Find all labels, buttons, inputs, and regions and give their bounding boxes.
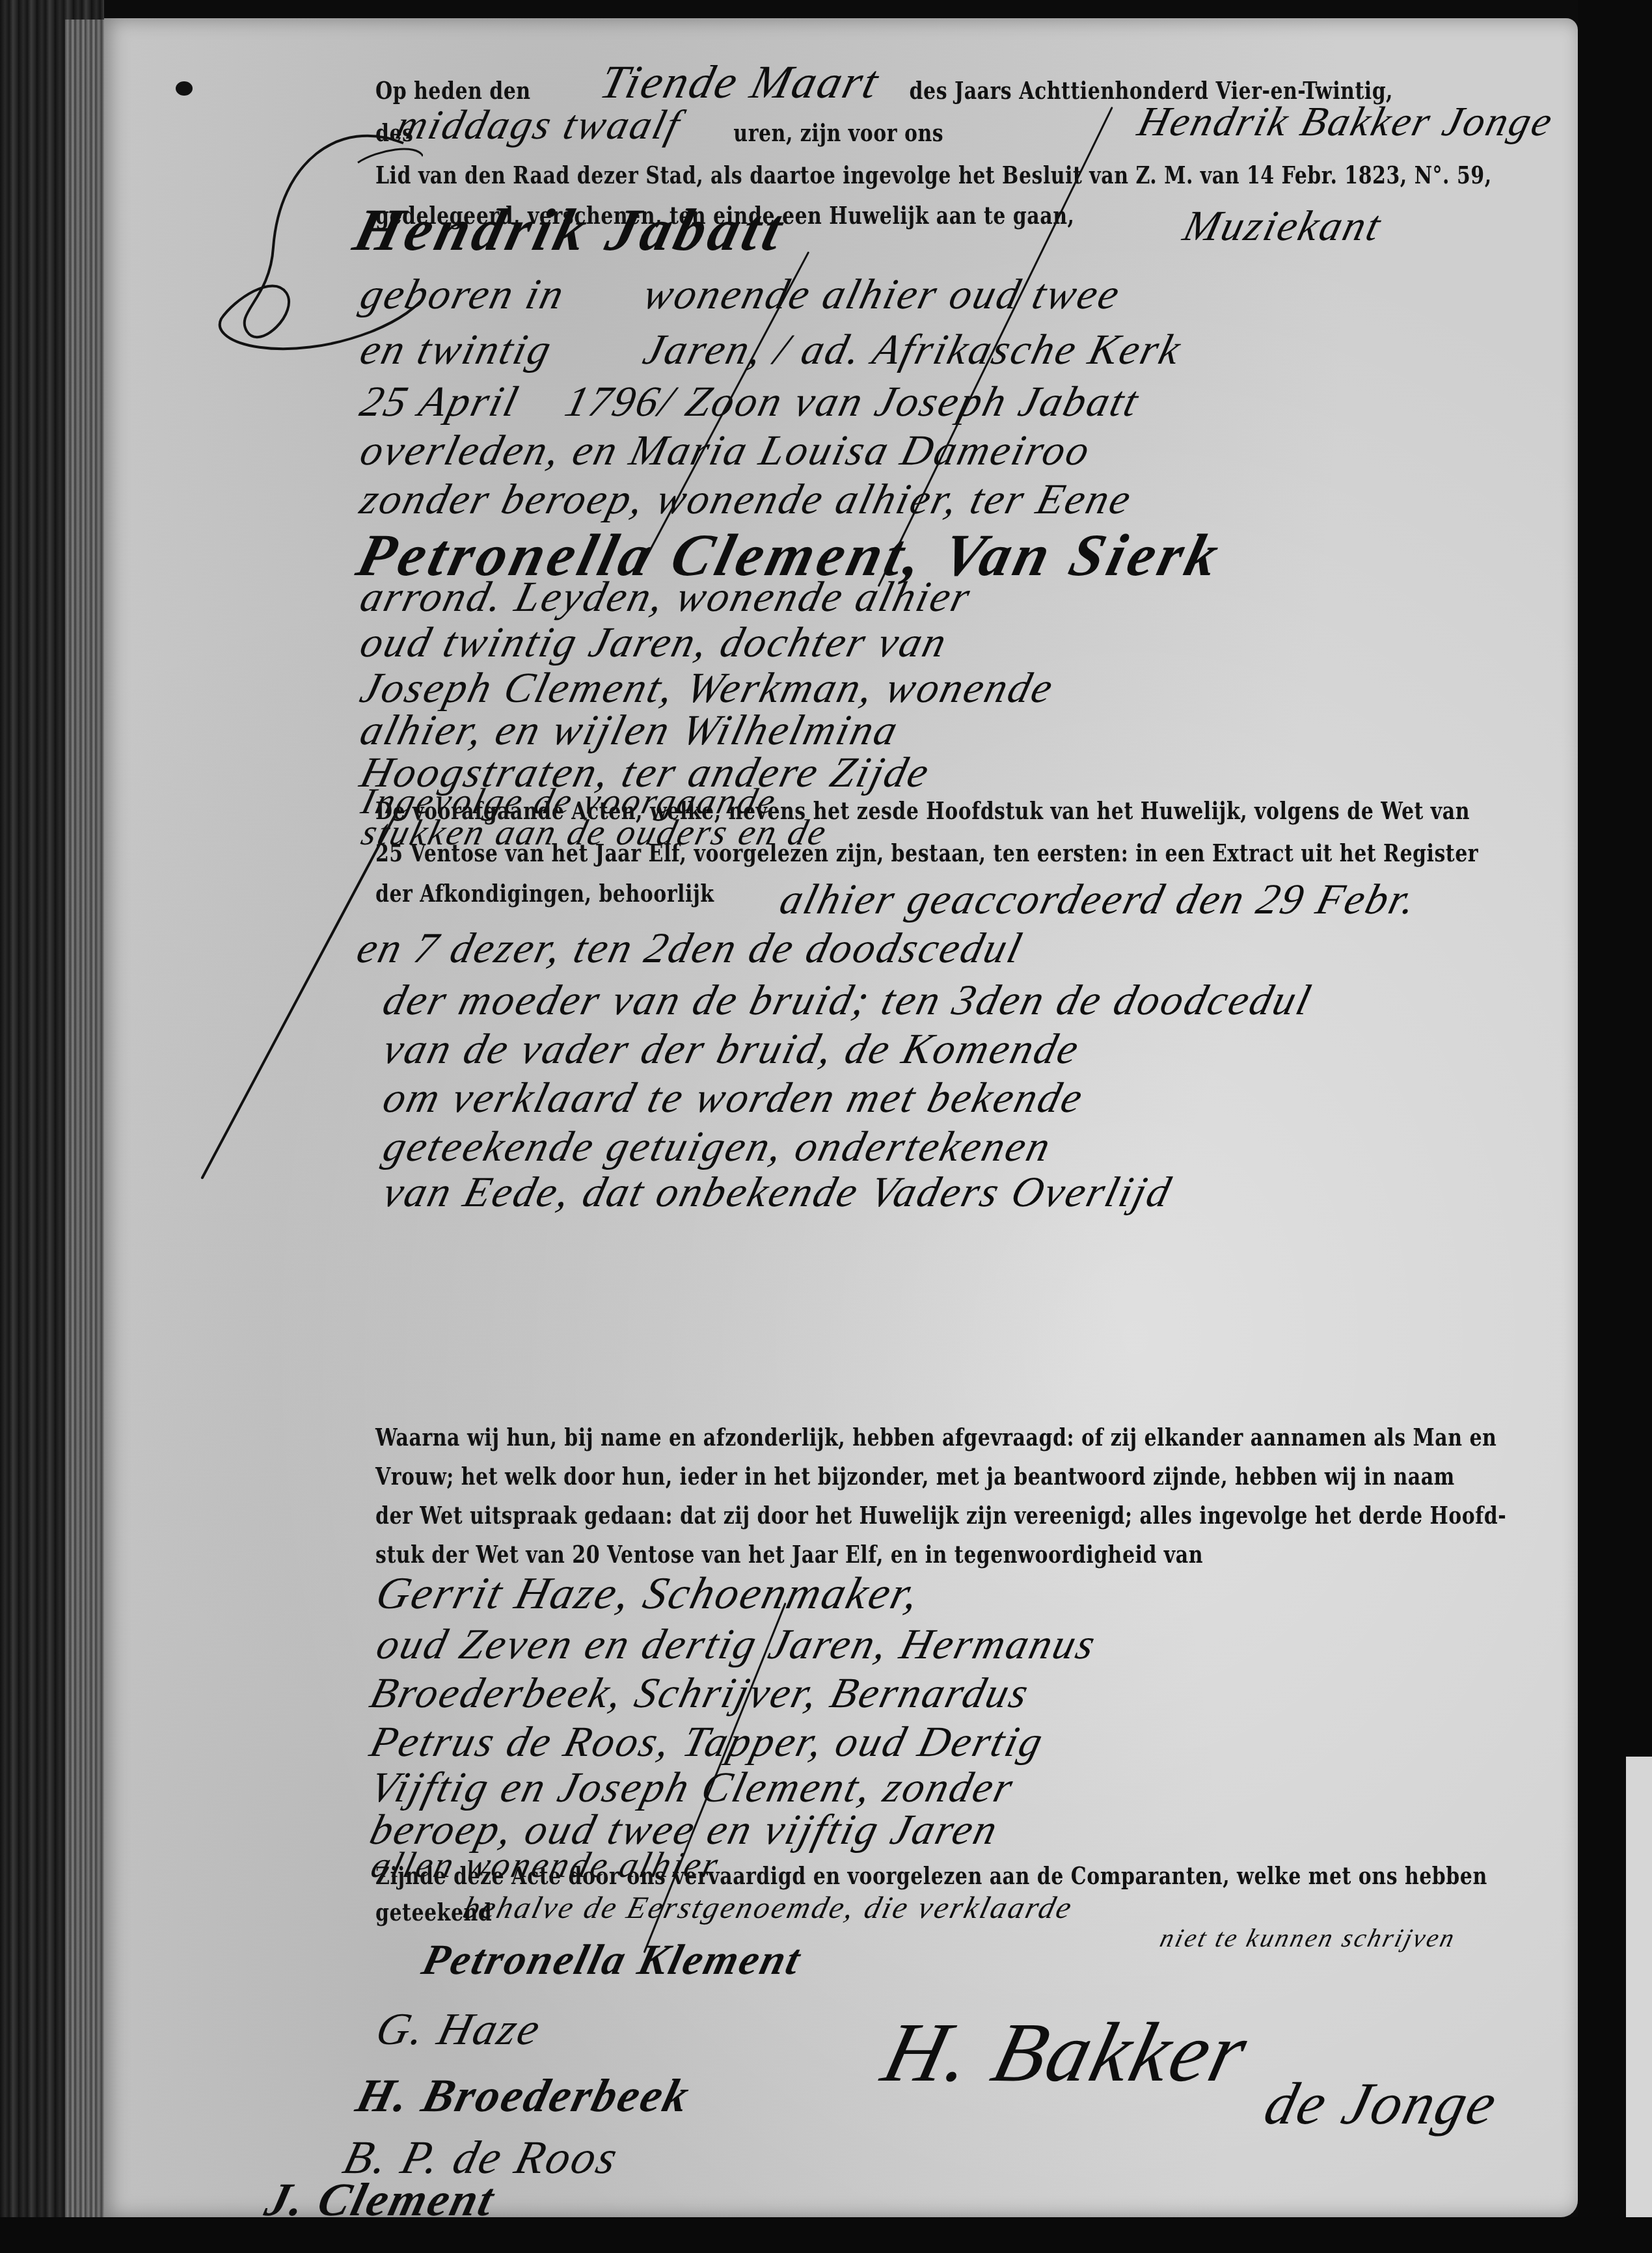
handwritten-line: 1796/ Zoon van Joseph Jabatt	[560, 377, 1145, 427]
witness-signature: J. Clement	[260, 2173, 501, 2227]
groom-birth-date: 25 April	[355, 377, 524, 427]
handwritten-line: arrond. Leyden, wonende alhier	[355, 573, 977, 622]
header-line-3: Lid van den Raad dezer Stad, als daartoe…	[375, 161, 1592, 190]
witness-line: oud Zeven en dertig Jaren, Hermanus	[372, 1620, 1102, 1669]
handwritten-line: oud twintig Jaren, dochter van	[355, 618, 953, 668]
witness-signature: H. Broederbeek	[351, 2069, 696, 2123]
closing-handwritten-line: niet te kunnen schrijven	[1157, 1922, 1459, 1953]
handwritten-line: wonende alhier oud twee	[638, 270, 1126, 319]
official-signature-suffix: de Jonge	[1258, 2069, 1506, 2138]
handwritten-line: geteekende getuigen, ondertekenen	[378, 1122, 1057, 1172]
printed-text: uren, zijn voor ons	[733, 119, 943, 148]
handwritten-line: om verklaard te worden met bekende	[378, 1073, 1089, 1123]
handwritten-time: middags twaalf	[392, 101, 686, 149]
groom-name: Hendrik Jabatt	[347, 195, 793, 264]
ink-blot	[176, 81, 193, 96]
declaration-line-4: stuk der Wet van 20 Ventose van het Jaar…	[375, 1541, 1592, 1569]
handwritten-line: van Eede, dat onbekende Vaders Overlijd	[378, 1168, 1177, 1217]
witness-line: Petrus de Roos, Tapper, oud Dertig	[365, 1718, 1049, 1767]
handwritten-line: Jaren, / ad. Afrikasche Kerk	[638, 325, 1187, 375]
handwritten-line: zonder beroep, wonende alhier, ter Eene	[355, 475, 1137, 524]
scan-frame-bottom	[0, 2217, 1652, 2253]
witness-line: Broederbeek, Schrijver, Bernardus	[365, 1669, 1035, 1718]
handwritten-line: en twintig	[355, 325, 558, 375]
handwritten-line: en 7 dezer, ten 2den de doodscedul	[352, 924, 1028, 973]
closing-line-1: Zijnde deze Acte door ons vervaardigd en…	[375, 1862, 1592, 1891]
handwritten-line: alhier geaccordeerd den 29 Febr.	[775, 875, 1422, 924]
acts-line-2: 25 Ventose van het Jaar Elf, voorgelezen…	[375, 839, 1592, 868]
handwritten-line: van de vader der bruid, de Komende	[378, 1025, 1085, 1074]
closing-handwritten-line: behalve de Eerstgenoemde, die verklaarde	[459, 1890, 1077, 1926]
page-edges	[65, 20, 104, 2232]
handwritten-line: overleden, en Maria Louisa Dameiroo	[355, 426, 1096, 476]
handwritten-official-name: Hendrik Bakker Jonge	[1133, 98, 1559, 146]
groom-occupation: Muziekant	[1178, 202, 1387, 251]
handwritten-line: der moeder van de bruid; ten 3den de doo…	[378, 976, 1318, 1025]
witness-line: Gerrit Haze, Schoenmaker,	[371, 1568, 926, 1620]
bride-signature: Petronella Klement	[417, 1936, 807, 1985]
declaration-line-3: der Wet uitspraak gedaan: dat zij door h…	[375, 1502, 1592, 1530]
official-signature: H. Bakker	[874, 2004, 1258, 2101]
scan-background-sliver	[1626, 1757, 1652, 2253]
declaration-line-1: Waarna wij hun, bij name en afzonderlijk…	[375, 1423, 1592, 1452]
handwritten-line: geboren in	[355, 270, 571, 319]
witness-signature: G. Haze	[371, 2004, 547, 2056]
declaration-line-2: Vrouw; het welk door hun, ieder in het b…	[375, 1463, 1592, 1491]
acts-line-1: De voorafgaande Acten, welke, nevens het…	[375, 797, 1592, 826]
